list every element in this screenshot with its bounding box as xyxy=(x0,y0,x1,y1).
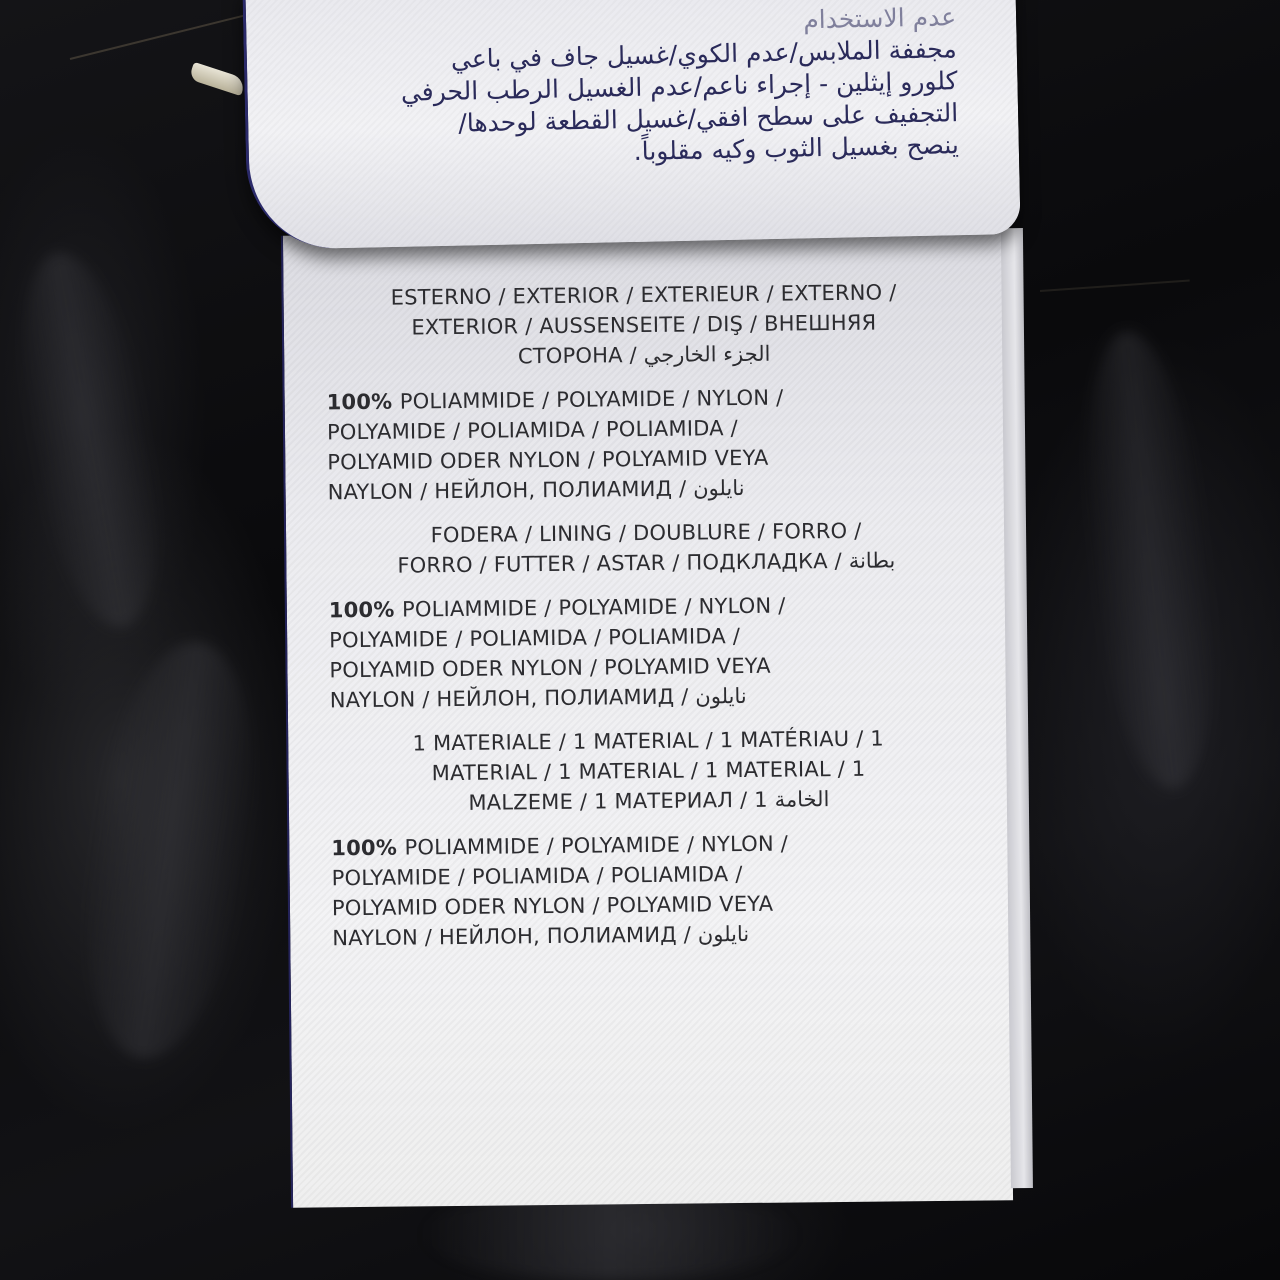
label-line: FORRO / FUTTER / ASTAR / ПОДКЛАДКА / بطا… xyxy=(286,544,1006,582)
label-section-lining-composition: 100% POLIAMMIDE / POLYAMIDE / NYLON /POL… xyxy=(287,588,1008,716)
care-label-arabic: عدم الاستخداممجففة الملابس/عدم الكوي/غسي… xyxy=(242,0,1020,250)
label-section-lining-heading: FODERA / LINING / DOUBLURE / FORRO /FORR… xyxy=(286,514,1007,582)
label-line-text: POLIAMMIDE / POLYAMIDE / NYLON / xyxy=(400,386,784,414)
label-line-text: СТОРОНА / الجزء الخارجي xyxy=(518,342,771,369)
label-line: MALZEME / 1 МАТЕРИАЛ / 1 الخامة xyxy=(289,782,1009,820)
label-line-text: EXTERIOR / AUSSENSEITE / DIŞ / ВНЕШНЯЯ xyxy=(411,311,876,340)
arabic-care-instructions: عدم الاستخداممجففة الملابس/عدم الكوي/غسي… xyxy=(266,1,959,175)
label-section-exterior-heading: ESTERNO / EXTERIOR / EXTERIEUR / EXTERNO… xyxy=(283,276,1004,374)
label-line-text: POLYAMIDE / POLIAMIDA / POLIAMIDA / xyxy=(329,624,740,652)
label-line-text: NAYLON / НЕЙЛОН, ПОЛИАМИД / نايلون xyxy=(327,476,744,504)
fabric-fold xyxy=(1066,325,1233,795)
garment-seam xyxy=(70,14,245,59)
label-line-text: POLYAMID ODER NYLON / POLYAMID VEYA xyxy=(327,446,768,475)
label-section-exterior-composition: 100% POLIAMMIDE / POLYAMIDE / NYLON /POL… xyxy=(285,380,1006,508)
composition-percent: 100% xyxy=(329,598,402,623)
label-line-text: FODERA / LINING / DOUBLURE / FORRO / xyxy=(431,519,862,548)
label-section-material-composition: 100% POLIAMMIDE / POLYAMIDE / NYLON /POL… xyxy=(289,826,1010,954)
label-section-material-heading: 1 MATERIALE / 1 MATERIAL / 1 MATÉRIAU / … xyxy=(288,722,1009,820)
label-line-text: POLYAMIDE / POLIAMIDA / POLIAMIDA / xyxy=(327,416,738,444)
label-line: СТОРОНА / الجزء الخارجي xyxy=(284,336,1004,374)
label-line: NAYLON / НЕЙЛОН, ПОЛИАМИД / نايلون xyxy=(327,470,1005,507)
label-line-text: FORRO / FUTTER / ASTAR / ПОДКЛАДКА / بطا… xyxy=(397,548,895,577)
composition-percent: 100% xyxy=(327,390,400,415)
loose-thread xyxy=(189,62,247,96)
label-line-text: ESTERNO / EXTERIOR / EXTERIEUR / EXTERNO… xyxy=(391,280,897,309)
label-line-text: MATERIAL / 1 MATERIAL / 1 MATERIAL / 1 xyxy=(432,757,866,786)
label-line-text: POLIAMMIDE / POLYAMIDE / NYLON / xyxy=(402,594,786,622)
label-line: NAYLON / НЕЙЛОН, ПОЛИАМИД / نايلون xyxy=(330,678,1008,715)
label-line-text: 1 MATERIALE / 1 MATERIAL / 1 MATÉRIAU / … xyxy=(412,727,884,756)
fabric-fold xyxy=(62,631,279,1069)
label-line-text: NAYLON / НЕЙЛОН, ПОЛИАМИД / نايلون xyxy=(332,922,749,950)
label-line-text: POLYAMID ODER NYLON / POLYAMID VEYA xyxy=(329,654,770,683)
garment-seam xyxy=(1040,280,1190,292)
fabric-fold xyxy=(0,242,182,637)
label-line-text: NAYLON / НЕЙЛОН, ПОЛИАМИД / نايلون xyxy=(330,684,747,712)
composition-label: ESTERNO / EXTERIOR / EXTERIEUR / EXTERNO… xyxy=(281,228,1013,1208)
label-line-text: POLIAMMIDE / POLYAMIDE / NYLON / xyxy=(404,832,788,860)
label-line-text: POLYAMIDE / POLIAMIDA / POLIAMIDA / xyxy=(332,862,743,890)
label-line-text: POLYAMID ODER NYLON / POLYAMID VEYA xyxy=(332,892,773,921)
composition-text: ESTERNO / EXTERIOR / EXTERIEUR / EXTERNO… xyxy=(283,276,1010,968)
composition-percent: 100% xyxy=(331,836,404,861)
label-line: NAYLON / НЕЙЛОН, ПОЛИАМИД / نايلون xyxy=(332,916,1010,953)
label-line-text: MALZEME / 1 МАТЕРИАЛ / 1 الخامة xyxy=(468,787,829,815)
